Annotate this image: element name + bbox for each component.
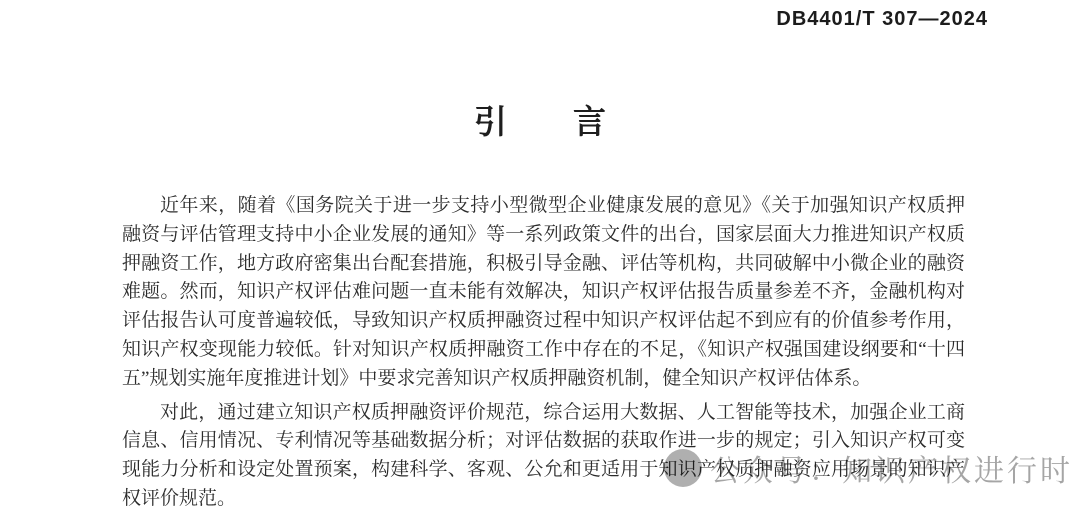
paragraph-2: 对此，通过建立知识产权质押融资评价规范，综合运用大数据、人工智能等技术，加强企业… bbox=[122, 399, 965, 514]
page-title: 引 言 bbox=[0, 96, 1080, 143]
standard-number: DB4401/T 307—2024 bbox=[776, 8, 988, 31]
body-text: 近年来，随着《国务院关于进一步支持小型微型企业健康发展的意见》《关于加强知识产权… bbox=[122, 192, 965, 514]
document-page: DB4401/T 307—2024 引 言 近年来，随着《国务院关于进一步支持小… bbox=[0, 0, 1080, 516]
paragraph-1: 近年来，随着《国务院关于进一步支持小型微型企业健康发展的意见》《关于加强知识产权… bbox=[122, 192, 965, 394]
